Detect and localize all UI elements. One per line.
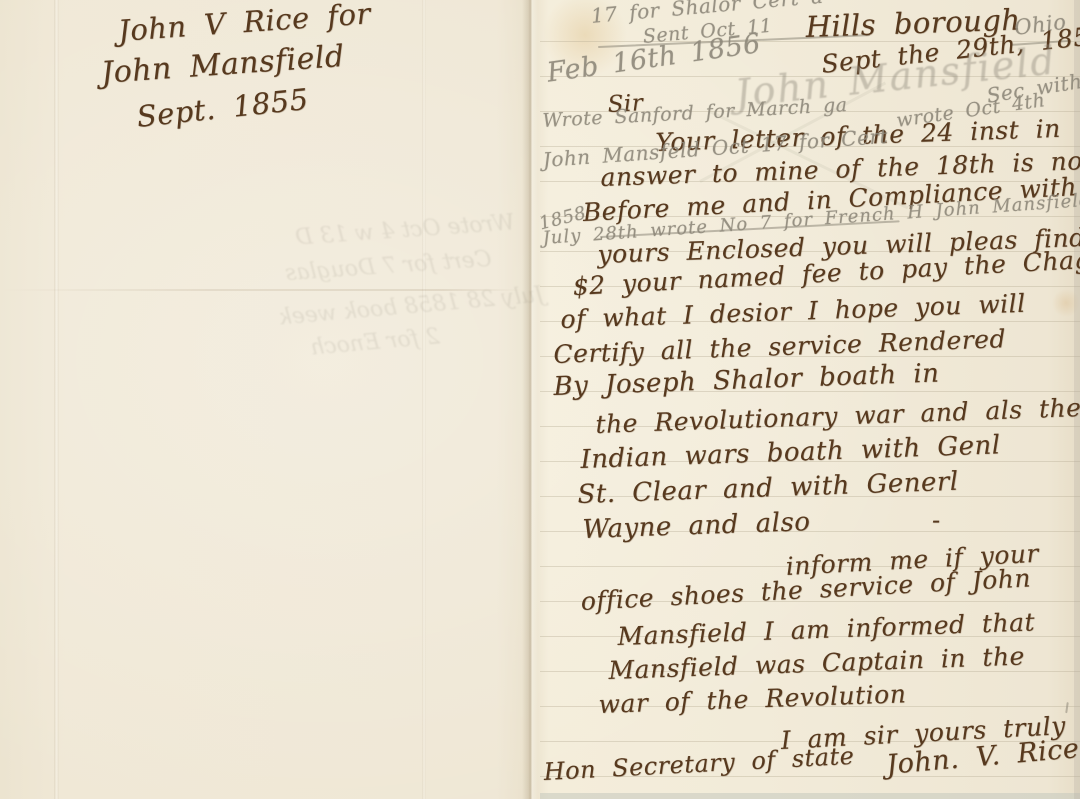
showthrough-line: Cert for 7 Douglas xyxy=(284,247,492,286)
letter-line: the Revolutionary war and als the xyxy=(595,393,1080,439)
docket-line: John Mansfield xyxy=(100,39,346,91)
letter-addressee: Hon Secretary of state xyxy=(543,742,855,786)
letter-line: Wayne and also xyxy=(582,507,811,545)
letter-scan: John V Rice for John Mansfield Sept. 185… xyxy=(0,0,1080,799)
letter-dash: - xyxy=(932,506,941,534)
letter-line: war of the Revolution xyxy=(598,679,907,719)
pencil-tick xyxy=(1065,702,1069,713)
bottom-edge-strip xyxy=(540,793,1080,799)
fold-crease-center xyxy=(522,0,538,799)
showthrough-line: 2 for Enoch xyxy=(309,324,441,360)
docket-line: Sept. 1855 xyxy=(135,82,310,134)
fold-crease-left xyxy=(54,0,59,799)
showthrough-line: Wrote Oct 4 w 13 D xyxy=(294,210,515,250)
fold-crease-left-inner xyxy=(422,0,426,799)
showthrough-line: July 28 1858 book week xyxy=(277,282,545,330)
letter-line: St. Clear and with Generl xyxy=(577,467,959,510)
